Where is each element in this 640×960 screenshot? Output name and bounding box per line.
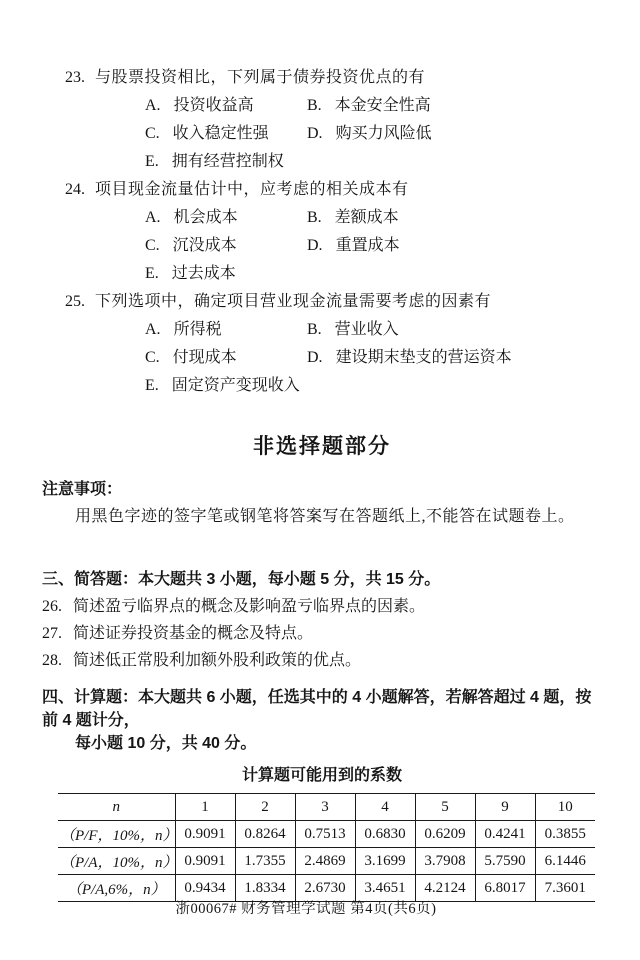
option-label: B.: [307, 204, 322, 232]
option-text: 投资收益高: [174, 97, 254, 114]
table-row: （P/A，10%，n） 0.9091 1.7355 2.4869 3.1699 …: [58, 848, 595, 875]
option-d: D.购买力风险低: [307, 120, 432, 148]
value-cell: 3.7908: [415, 848, 475, 875]
value-cell: 2.4869: [295, 848, 355, 875]
multiple-choice-section: 23.与股票投资相比，下列属于债券投资优点的有 A.投资收益高 B.本金安全性高…: [65, 64, 602, 400]
question-text: 简述证券投资基金的概念及特点。: [73, 625, 313, 642]
option-text: 过去成本: [172, 265, 236, 282]
option-a: A.机会成本: [145, 204, 307, 232]
row-label: （P/F，10%，n）: [58, 821, 175, 848]
option-label: A.: [145, 92, 161, 120]
option-row: E.拥有经营控制权: [145, 148, 602, 176]
option-text: 建设期末垫支的营运资本: [336, 349, 512, 366]
value-cell: 6.1446: [535, 848, 595, 875]
value-cell: 0.9091: [175, 821, 235, 848]
question-27: 27.简述证券投资基金的概念及特点。: [42, 620, 602, 647]
option-text: 营业收入: [335, 321, 399, 338]
option-e: E.过去成本: [145, 260, 307, 288]
option-a: A.所得税: [145, 316, 307, 344]
header-cell: 3: [295, 794, 355, 821]
option-label: D.: [307, 344, 323, 372]
question-23: 23.与股票投资相比，下列属于债券投资优点的有 A.投资收益高 B.本金安全性高…: [65, 64, 602, 176]
notice-text: 用黑色字迹的签字笔或钢笔将答案写在答题纸上,不能答在试题卷上。: [75, 503, 602, 530]
header-cell: n: [58, 794, 175, 821]
option-label: C.: [145, 344, 160, 372]
page-content: 23.与股票投资相比，下列属于债券投资优点的有 A.投资收益高 B.本金安全性高…: [0, 0, 640, 902]
option-row: A.投资收益高 B.本金安全性高: [145, 92, 602, 120]
table-row: （P/F，10%，n） 0.9091 0.8264 0.7513 0.6830 …: [58, 821, 595, 848]
option-d: D.重置成本: [307, 232, 400, 260]
option-b: B.营业收入: [307, 316, 399, 344]
option-row: E.固定资产变现收入: [145, 372, 602, 400]
calculation-heading-line1: 四、计算题：本大题共 6 小题，任选其中的 4 小题解答，若解答超过 4 题，按…: [42, 686, 602, 732]
question-26: 26.简述盈亏临界点的概念及影响盈亏临界点的因素。: [42, 593, 602, 620]
option-row: C.收入稳定性强 D.购买力风险低: [145, 120, 602, 148]
value-cell: 5.7590: [475, 848, 535, 875]
option-label: C.: [145, 232, 160, 260]
header-cell: 2: [235, 794, 295, 821]
question-number: 25.: [65, 288, 95, 316]
calculation-heading: 四、计算题：本大题共 6 小题，任选其中的 4 小题解答，若解答超过 4 题，按…: [42, 686, 602, 755]
question-24: 24.项目现金流量估计中，应考虑的相关成本有 A.机会成本 B.差额成本 C.沉…: [65, 176, 602, 288]
option-label: B.: [307, 92, 322, 120]
option-row: C.付现成本 D.建设期末垫支的营运资本: [145, 344, 602, 372]
short-answer-heading: 三、简答题：本大题共 3 小题，每小题 5 分，共 15 分。: [42, 566, 602, 593]
header-cell: 9: [475, 794, 535, 821]
option-row: E.过去成本: [145, 260, 602, 288]
section-title: 非选择题部分: [42, 430, 602, 460]
option-label: C.: [145, 120, 160, 148]
notice-block: 注意事项： 用黑色字迹的签字笔或钢笔将答案写在答题纸上,不能答在试题卷上。: [42, 476, 602, 530]
question-text: 简述低正常股利加额外股利政策的优点。: [73, 652, 361, 669]
option-d: D.建设期末垫支的营运资本: [307, 344, 512, 372]
value-cell: 1.7355: [235, 848, 295, 875]
option-text: 沉没成本: [173, 237, 237, 254]
option-label: E.: [145, 372, 159, 400]
option-c: C.付现成本: [145, 344, 307, 372]
question-28: 28.简述低正常股利加额外股利政策的优点。: [42, 647, 602, 674]
option-label: D.: [307, 232, 323, 260]
option-b: B.本金安全性高: [307, 92, 431, 120]
option-text: 购买力风险低: [336, 125, 432, 142]
option-b: B.差额成本: [307, 204, 399, 232]
option-text: 机会成本: [174, 209, 238, 226]
option-text: 重置成本: [336, 237, 400, 254]
option-text: 拥有经营控制权: [172, 153, 284, 170]
value-cell: 0.7513: [295, 821, 355, 848]
header-cell: 10: [535, 794, 595, 821]
option-label: A.: [145, 204, 161, 232]
calculation-heading-line2: 每小题 10 分，共 40 分。: [75, 732, 602, 755]
row-label: （P/A，10%，n）: [58, 848, 175, 875]
option-row: A.机会成本 B.差额成本: [145, 204, 602, 232]
value-cell: 0.6830: [355, 821, 415, 848]
option-a: A.投资收益高: [145, 92, 307, 120]
option-text: 固定资产变现收入: [172, 377, 300, 394]
page-footer: 浙00067# 财务管理学试题 第4页(共6页): [0, 897, 612, 918]
question-stem: 与股票投资相比，下列属于债券投资优点的有: [95, 69, 425, 86]
question-stem: 下列选项中，确定项目营业现金流量需要考虑的因素有: [95, 293, 491, 310]
option-c: C.沉没成本: [145, 232, 307, 260]
option-label: A.: [145, 316, 161, 344]
value-cell: 3.1699: [355, 848, 415, 875]
question-25: 25.下列选项中，确定项目营业现金流量需要考虑的因素有 A.所得税 B.营业收入…: [65, 288, 602, 400]
question-stem: 项目现金流量估计中，应考虑的相关成本有: [95, 181, 409, 198]
header-cell: 5: [415, 794, 475, 821]
short-answer-section: 三、简答题：本大题共 3 小题，每小题 5 分，共 15 分。 26.简述盈亏临…: [42, 566, 602, 674]
value-cell: 0.9091: [175, 848, 235, 875]
question-number: 27.: [42, 620, 73, 647]
option-label: D.: [307, 120, 323, 148]
option-text: 本金安全性高: [335, 97, 431, 114]
option-label: E.: [145, 260, 159, 288]
option-e: E.拥有经营控制权: [145, 148, 307, 176]
option-text: 付现成本: [173, 349, 237, 366]
option-text: 所得税: [174, 321, 222, 338]
header-cell: 1: [175, 794, 235, 821]
table-header-row: n 1 2 3 4 5 9 10: [58, 794, 595, 821]
notice-heading: 注意事项：: [42, 476, 602, 503]
header-cell: 4: [355, 794, 415, 821]
question-number: 28.: [42, 647, 73, 674]
coefficient-table-title: 计算题可能用到的系数: [42, 762, 602, 785]
question-number: 24.: [65, 176, 95, 204]
value-cell: 0.8264: [235, 821, 295, 848]
exam-paper-page: 23.与股票投资相比，下列属于债券投资优点的有 A.投资收益高 B.本金安全性高…: [0, 0, 640, 960]
value-cell: 0.6209: [415, 821, 475, 848]
option-text: 差额成本: [335, 209, 399, 226]
value-cell: 0.4241: [475, 821, 535, 848]
option-c: C.收入稳定性强: [145, 120, 307, 148]
calculation-section: 四、计算题：本大题共 6 小题，任选其中的 4 小题解答，若解答超过 4 题，按…: [42, 686, 602, 902]
coefficient-table: n 1 2 3 4 5 9 10 （P/F，10%，n） 0.9091 0.82…: [58, 793, 595, 902]
option-text: 收入稳定性强: [173, 125, 269, 142]
option-row: C.沉没成本 D.重置成本: [145, 232, 602, 260]
question-number: 26.: [42, 593, 73, 620]
question-text: 简述盈亏临界点的概念及影响盈亏临界点的因素。: [73, 598, 425, 615]
option-label: B.: [307, 316, 322, 344]
option-label: E.: [145, 148, 159, 176]
option-e: E.固定资产变现收入: [145, 372, 307, 400]
value-cell: 0.3855: [535, 821, 595, 848]
question-number: 23.: [65, 64, 95, 92]
option-row: A.所得税 B.营业收入: [145, 316, 602, 344]
